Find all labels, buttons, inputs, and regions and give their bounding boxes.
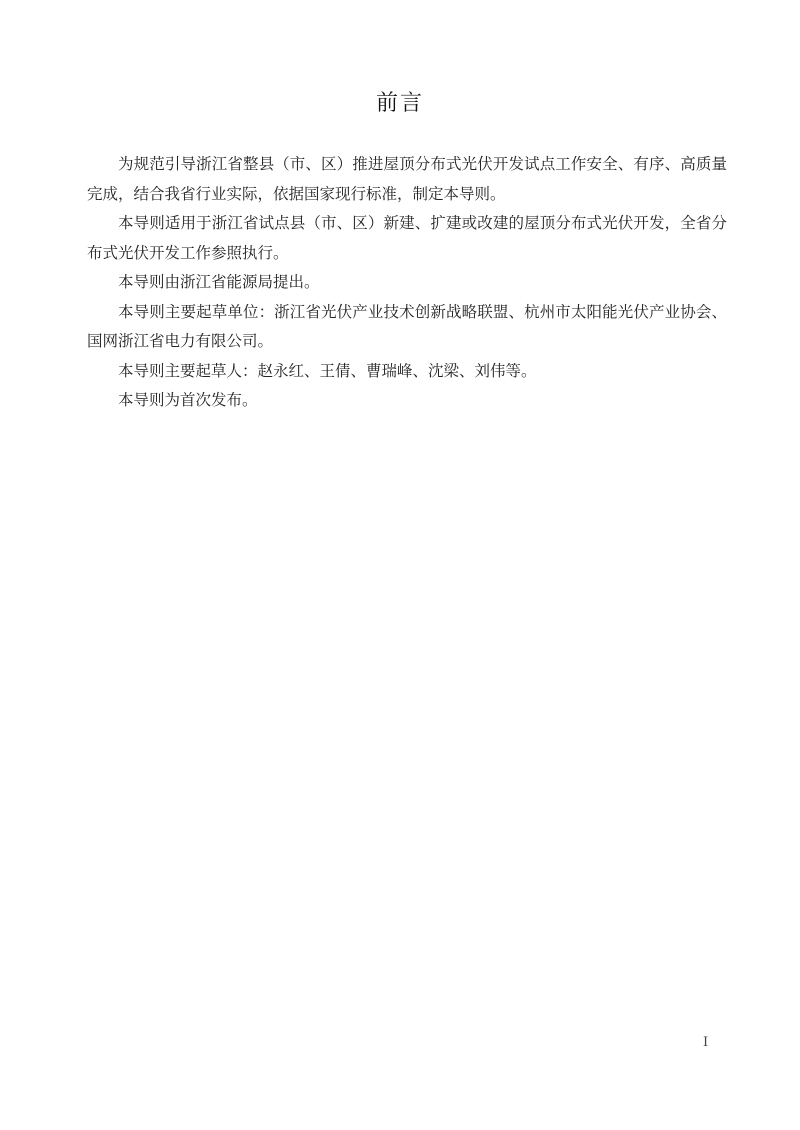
paragraph-drafters: 本导则主要起草人：赵永红、王倩、曹瑞峰、沈梁、刘伟等。: [87, 357, 727, 387]
paragraph-scope: 本导则适用于浙江省试点县（市、区）新建、扩建或改建的屋顶分布式光伏开发，全省分布…: [87, 209, 727, 268]
page-number: I: [703, 1035, 708, 1050]
page-title: 前言: [0, 86, 800, 117]
document-body: 为规范引导浙江省整县（市、区）推进屋顶分布式光伏开发试点工作安全、有序、高质量完…: [87, 150, 727, 416]
paragraph-release: 本导则为首次发布。: [87, 386, 727, 416]
paragraph-drafting-units: 本导则主要起草单位：浙江省光伏产业技术创新战略联盟、杭州市太阳能光伏产业协会、国…: [87, 298, 727, 357]
paragraph-proposer: 本导则由浙江省能源局提出。: [87, 268, 727, 298]
paragraph-purpose: 为规范引导浙江省整县（市、区）推进屋顶分布式光伏开发试点工作安全、有序、高质量完…: [87, 150, 727, 209]
